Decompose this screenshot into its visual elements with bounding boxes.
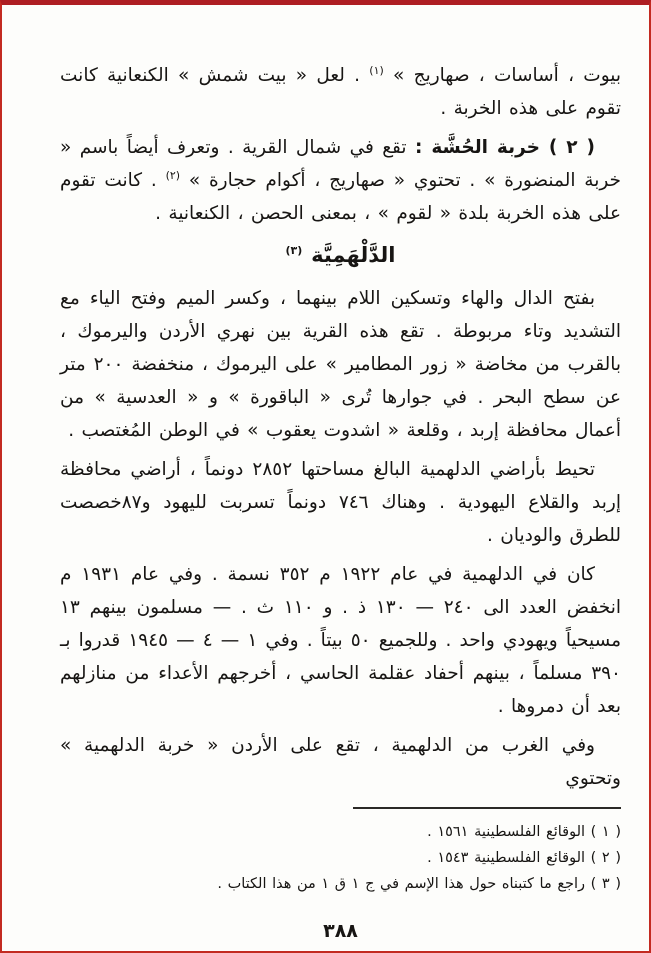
footnote-marker-2: (٢) [166,169,181,182]
paragraph-khirbeh-continuation: بيوت ، أساسات ، صهاريج » (١) . لعل « بيت… [60,59,621,125]
paragraph-population: كان في الدلهمية في عام ١٩٢٢ م ٣٥٢ نسمة .… [60,558,621,723]
paragraph-lands: تحيط بأراضي الدلهمية البالغ مساحتها ٢٨٥٢… [60,453,621,552]
paragraph-etymology: بفتح الدال والهاء وتسكين اللام بينهما ، … [60,282,621,447]
book-page: بيوت ، أساسات ، صهاريج » (١) . لعل « بيت… [0,0,651,953]
paragraph-text: بيوت ، أساسات ، صهاريج » [384,65,621,86]
footnote-1: ( ١ ) الوقائع الفلسطينية ١٥٦١ . [60,819,621,845]
page-content: بيوت ، أساسات ، صهاريج » (١) . لعل « بيت… [2,5,649,948]
footnote-marker-3: (٣) [286,244,303,257]
footnote-3: ( ٣ ) راجع ما كتبناه حول هذا الإسم في ج … [60,871,621,897]
section-heading-al-dalhamiyya: الدَّلْهَمِيَّة (٣) [60,239,621,272]
khirbeh-name-bold: ( ٢ ) خربة الحُشَّة : [415,137,595,158]
footnote-separator [353,807,621,809]
heading-title: الدَّلْهَمِيَّة [311,243,395,267]
page-number: ٣٨٨ [60,915,621,948]
footnotes-block: ( ١ ) الوقائع الفلسطينية ١٥٦١ . ( ٢ ) ال… [60,819,621,897]
footnote-2: ( ٢ ) الوقائع الفلسطينية ١٥٤٣ . [60,845,621,871]
footnote-marker-1: (١) [369,64,384,77]
paragraph-khirbet-al-hushsha: ( ٢ ) خربة الحُشَّة : تقع في شمال القرية… [60,131,621,230]
paragraph-west-khirbeh: وفي الغرب من الدلهمية ، تقع على الأردن «… [60,729,621,795]
